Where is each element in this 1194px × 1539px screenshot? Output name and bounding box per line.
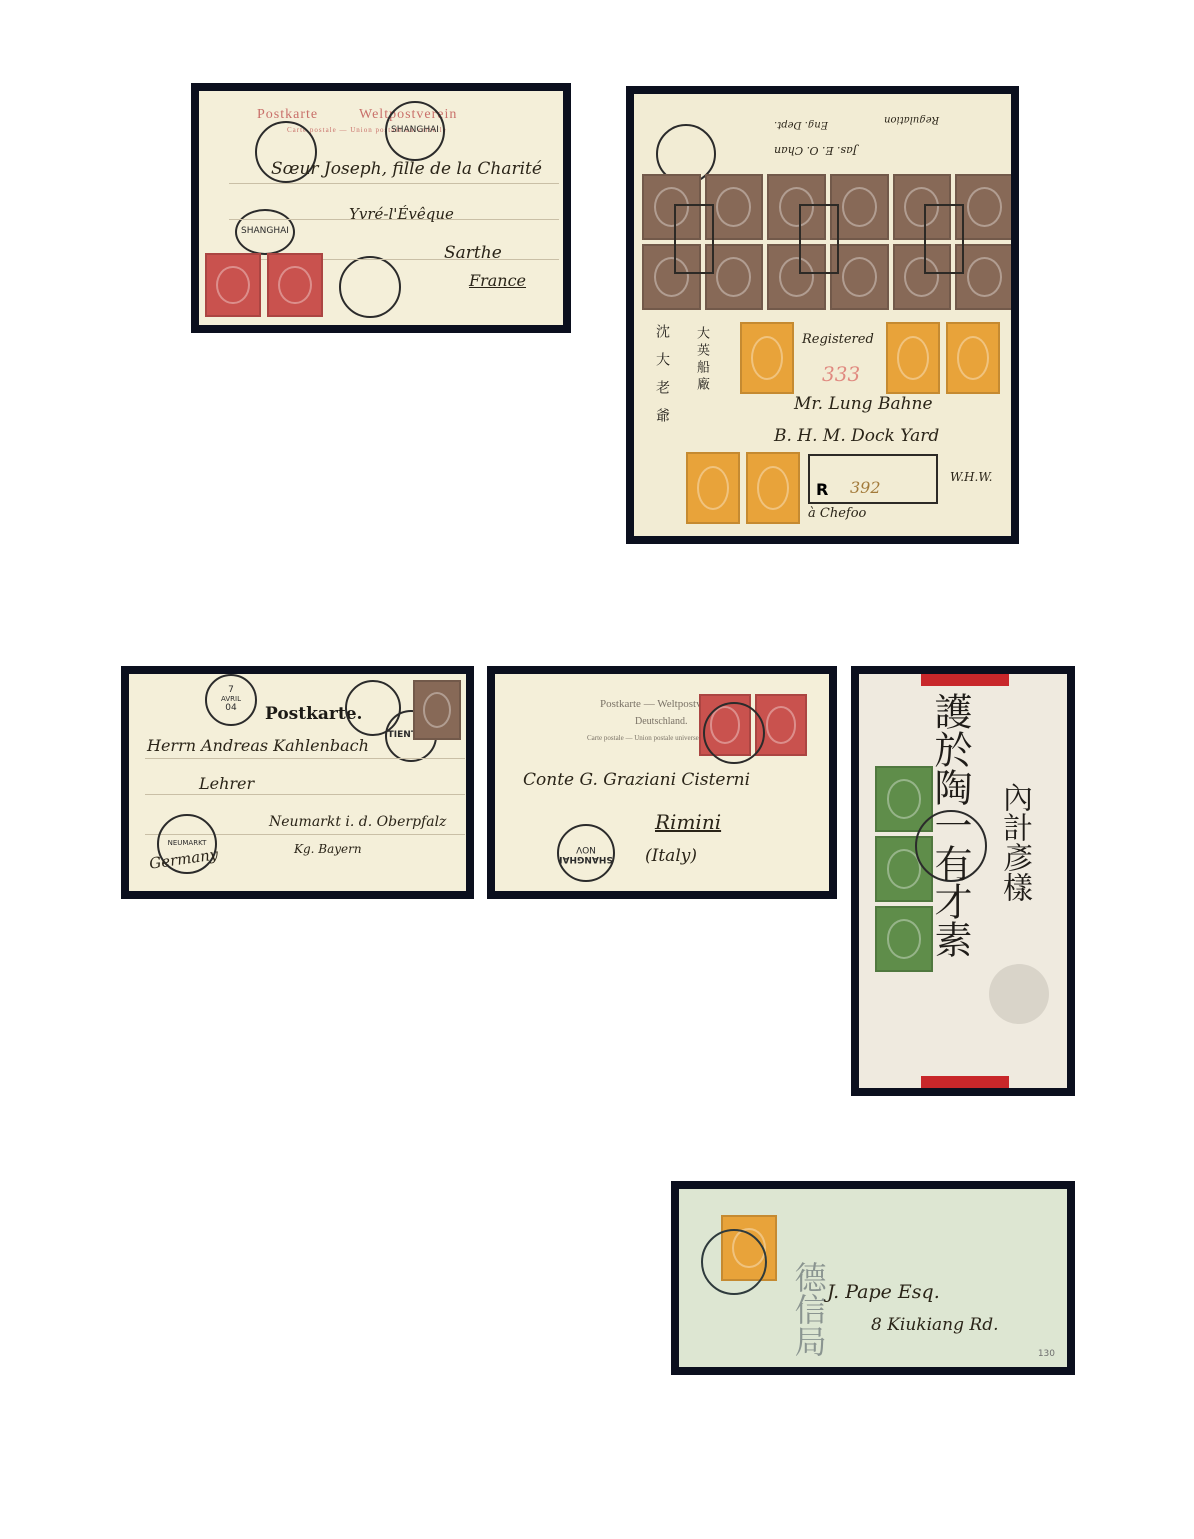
address-line-4: Kg. Bayern <box>294 842 362 856</box>
corner-note: 130 <box>1038 1349 1055 1359</box>
registration-box: R 392 <box>808 454 938 504</box>
registration-box-number: 392 <box>850 478 881 497</box>
ruled-line <box>229 183 559 184</box>
postcard-france: Postkarte Weltpostverein Carte postale —… <box>191 83 571 333</box>
address-line-1: Conte G. Graziani Cisterni <box>523 770 750 790</box>
address-line-1: Sœur Joseph, fille de la Charité <box>271 159 542 179</box>
transit-postmark <box>339 256 401 318</box>
stamp <box>740 322 794 394</box>
address-line-2: 8 Kiukiang Rd. <box>871 1315 999 1335</box>
postmark <box>701 1229 767 1295</box>
chinese-left-column-2: 大英船廠 <box>692 326 711 394</box>
address-line-2: Yvré-l'Évêque <box>349 205 454 223</box>
address-line-1: Herrn Andreas Kahlenbach <box>147 736 369 755</box>
stamp <box>886 322 940 394</box>
red-band-cover: 護於陶一有才素 內計彥樣 <box>851 666 1075 1096</box>
shanghai-postmark: SHANGHAI <box>385 101 445 161</box>
seal-impression <box>989 964 1049 1024</box>
address-line-3: W.H.W. <box>950 470 992 484</box>
shanghai-chinese-postmark: SHANGHAI <box>235 209 295 255</box>
top-note-3: Regulation <box>884 114 939 125</box>
registered-cover-chefoo: Jas. E. O. Chan Eng. Dept. Regulation 沈大… <box>626 86 1019 544</box>
stamp <box>946 322 1000 394</box>
top-note-2: Eng. Dept. <box>774 119 828 130</box>
chinese-postmark <box>703 702 765 764</box>
red-band-top <box>921 674 1009 686</box>
chinese-chop <box>799 204 839 274</box>
cover-paper: 護於陶一有才素 內計彥樣 <box>859 674 1067 1088</box>
shanghai-postmark: 7 AVRIL 04 <box>205 674 257 726</box>
postcard-paper: Postkarte Weltpostverein Carte postale —… <box>199 91 563 325</box>
printed-country: Deutschland. <box>635 716 688 727</box>
top-note-1: Jas. E. O. Chan <box>774 144 857 157</box>
shanghai-postmark: SHANGHAI NOV <box>557 824 615 882</box>
stamp <box>205 253 261 317</box>
postcard-paper: 7 AVRIL 04 Postkarte. TIENTSIN Herrn And… <box>129 674 466 891</box>
address-line-4: à Chefoo <box>808 506 866 521</box>
address-line-2: B. H. M. Dock Yard <box>774 426 939 446</box>
printed-subheader: Carte postale — Union postale universell… <box>587 734 706 742</box>
postcard-paper: Postkarte — Weltpostverein Deutschland. … <box>495 674 829 891</box>
philatelic-album-page: { "items": [ { "id": "postcard-france", … <box>0 0 1194 1539</box>
stamp <box>686 452 740 524</box>
address-line-1: J. Pape Esq. <box>827 1281 940 1303</box>
postcard-germany: 7 AVRIL 04 Postkarte. TIENTSIN Herrn And… <box>121 666 474 899</box>
address-line-4: France <box>469 271 526 290</box>
ruled-line <box>145 758 465 759</box>
postcard-italy: Postkarte — Weltpostverein Deutschland. … <box>487 666 837 899</box>
stamp <box>746 452 800 524</box>
address-line-1: Mr. Lung Bahne <box>794 394 933 414</box>
chinese-right-column: 內計彥樣 <box>999 782 1029 902</box>
stamp <box>267 253 323 317</box>
chinese-main-column: 護於陶一有才素 <box>931 692 969 958</box>
red-band-bottom <box>921 1076 1009 1088</box>
green-cover: 德信局 J. Pape Esq. 8 Kiukiang Rd. 130 <box>671 1181 1075 1375</box>
chinese-left-column-1: 沈大老爺 <box>652 324 672 436</box>
chinese-left-column: 德信局 <box>791 1261 825 1357</box>
address-line-3: (Italy) <box>645 846 697 866</box>
address-line-3: Sarthe <box>444 243 502 263</box>
address-line-2: Rimini <box>655 810 721 834</box>
chinese-chop <box>924 204 964 274</box>
registration-box-letter: R <box>816 480 828 499</box>
address-line-2: Lehrer <box>199 774 254 793</box>
registered-label: Registered <box>802 332 874 347</box>
chinese-chop <box>674 204 714 274</box>
registration-number-red: 333 <box>822 362 860 386</box>
stamp <box>413 680 461 740</box>
cover-paper: 德信局 J. Pape Esq. 8 Kiukiang Rd. 130 <box>679 1189 1067 1367</box>
stamp <box>875 906 933 972</box>
cover-paper: Jas. E. O. Chan Eng. Dept. Regulation 沈大… <box>634 94 1011 536</box>
ruled-line <box>145 794 465 795</box>
address-line-3: Neumarkt i. d. Oberpfalz <box>269 814 446 830</box>
